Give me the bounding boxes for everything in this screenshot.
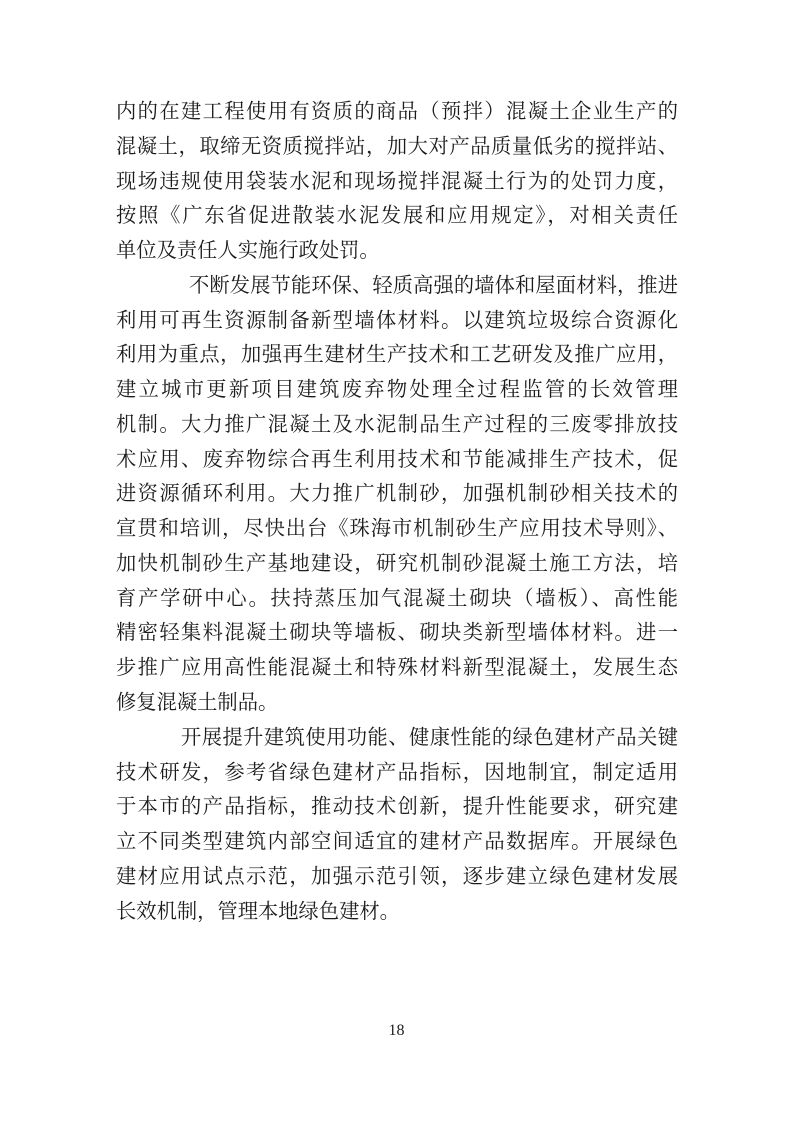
text-line: 加快机制砂生产基地建设，研究机制砂混凝土施工方法，培 — [116, 547, 678, 582]
text-line: 按照《广东省促进散装水泥发展和应用规定》，对相关责任 — [116, 199, 678, 234]
text-line: 长效机制，管理本地绿色建材。 — [116, 895, 678, 930]
paragraph: 开展提升建筑使用功能、健康性能的绿色建材产品关键 技术研发，参考省绿色建材产品指… — [116, 721, 678, 930]
text-line: 利用为重点，加强再生建材生产技术和工艺研发及推广应用， — [116, 338, 678, 373]
text-line: 开展提升建筑使用功能、健康性能的绿色建材产品关键 — [116, 721, 678, 756]
text-line: 精密轻集料混凝土砌块等墙板、砌块类新型墙体材料。进一 — [116, 616, 678, 651]
text-line: 机制。大力推广混凝土及水泥制品生产过程的三废零排放技 — [116, 408, 678, 443]
text-line: 立不同类型建筑内部空间适宜的建材产品数据库。开展绿色 — [116, 825, 678, 860]
text-line: 建立城市更新项目建筑废弃物处理全过程监管的长效管理 — [116, 373, 678, 408]
text-line: 建材应用试点示范，加强示范引领，逐步建立绿色建材发展 — [116, 860, 678, 895]
text-line: 现场违规使用袋装水泥和现场搅拌混凝土行为的处罚力度， — [116, 165, 678, 200]
document-page: 内的在建工程使用有资质的商品（预拌）混凝土企业生产的 混凝土，取缔无资质搅拌站，… — [0, 0, 793, 1122]
text-line: 技术研发，参考省绿色建材产品指标，因地制宜，制定适用 — [116, 756, 678, 791]
text-line: 于本市的产品指标，推动技术创新，提升性能要求，研究建 — [116, 790, 678, 825]
text-line: 内的在建工程使用有资质的商品（预拌）混凝土企业生产的 — [116, 95, 678, 130]
text-line: 混凝土，取缔无资质搅拌站，加大对产品质量低劣的搅拌站、 — [116, 130, 678, 165]
page-number: 18 — [0, 1021, 793, 1041]
paragraph: 内的在建工程使用有资质的商品（预拌）混凝土企业生产的 混凝土，取缔无资质搅拌站，… — [116, 95, 678, 269]
text-line: 修复混凝土制品。 — [116, 686, 678, 721]
text-line: 育产学研中心。扶持蒸压加气混凝土砌块（墙板）、高性能 — [116, 582, 678, 617]
text-line: 术应用、废弃物综合再生利用技术和节能减排生产技术，促 — [116, 443, 678, 478]
paragraph: 不断发展节能环保、轻质高强的墙体和屋面材料，推进 利用可再生资源制备新型墙体材料… — [116, 269, 678, 721]
text-line: 进资源循环利用。大力推广机制砂，加强机制砂相关技术的 — [116, 477, 678, 512]
text-line: 步推广应用高性能混凝土和特殊材料新型混凝土，发展生态 — [116, 651, 678, 686]
text-line: 单位及责任人实施行政处罚。 — [116, 234, 678, 269]
text-block: 内的在建工程使用有资质的商品（预拌）混凝土企业生产的 混凝土，取缔无资质搅拌站，… — [116, 95, 678, 929]
text-line: 不断发展节能环保、轻质高强的墙体和屋面材料，推进 — [116, 269, 678, 304]
text-line: 宣贯和培训，尽快出台《珠海市机制砂生产应用技术导则》、 — [116, 512, 678, 547]
text-line: 利用可再生资源制备新型墙体材料。以建筑垃圾综合资源化 — [116, 304, 678, 339]
